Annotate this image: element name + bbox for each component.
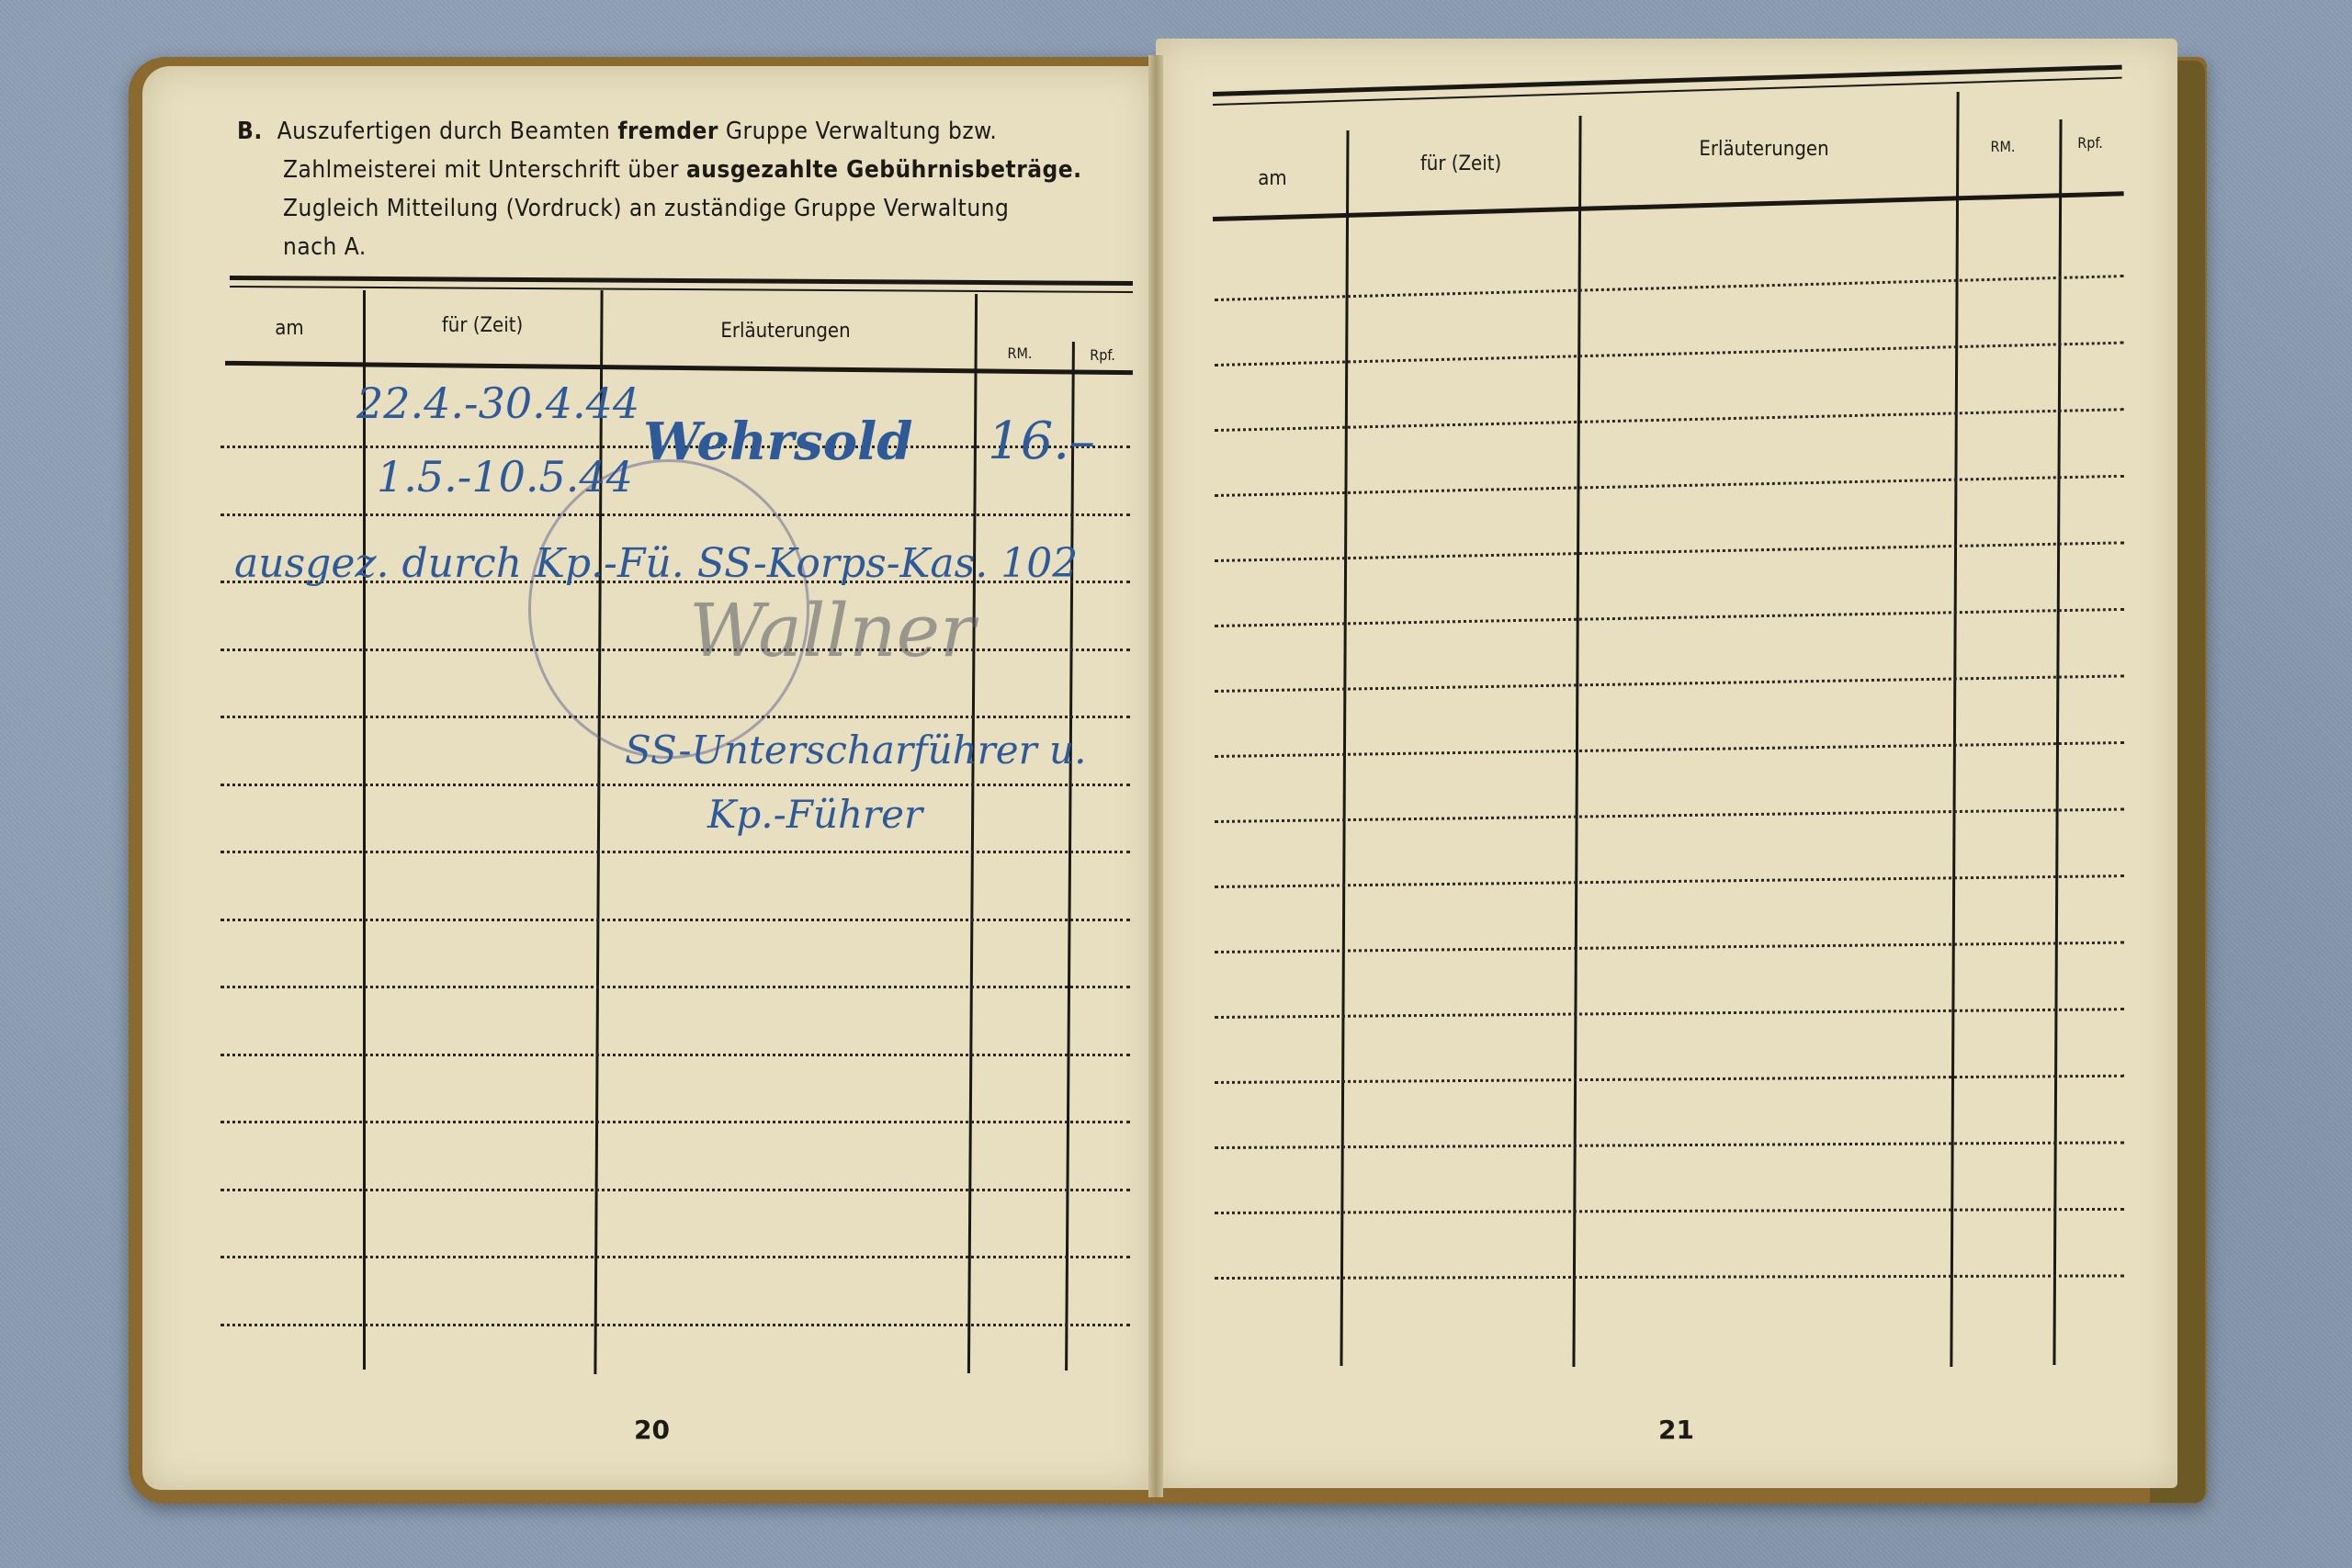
explanation-wehrsold: Wehrsold — [643, 412, 912, 472]
dotted-row-line — [220, 1054, 1130, 1056]
period-1: 22.4.-30.4.44 — [356, 378, 639, 428]
column-divider — [363, 290, 366, 1370]
period-2: 1.5.-10.5.44 — [377, 452, 633, 502]
page-number-right: 21 — [1658, 1415, 1694, 1445]
instruction-line-2: Zahlmeisterei mit Unterschrift über ausg… — [237, 151, 1137, 189]
dotted-row-line — [220, 1256, 1130, 1258]
title-line: Kp.-Führer — [707, 792, 922, 837]
instruction-bold-part: ausgezahlte Gebührnisbeträge. — [686, 156, 1082, 184]
column-header-erlaeuterungen: Erläuterungen — [1654, 138, 1874, 161]
column-header-erlaeuterungen: Erläuterungen — [680, 320, 891, 343]
signature: Wallner — [689, 588, 975, 673]
column-header-am: am — [1249, 167, 1295, 190]
dotted-row-line — [220, 784, 1130, 786]
instruction-line-1: B. Auszufertigen durch Beamten fremder G… — [237, 112, 1137, 151]
instruction-bold-part: fremder — [617, 118, 718, 145]
column-header-zeit: für (Zeit) — [404, 314, 560, 337]
instruction-text: B. Auszufertigen durch Beamten fremder G… — [237, 112, 1137, 266]
instruction-text-part: Auszufertigen durch Beamten — [277, 118, 618, 145]
dotted-row-line — [220, 851, 1130, 853]
amount-rm: 16.– — [988, 412, 1095, 471]
paid-by-line: ausgez. durch Kp.-Fü. SS-Korps-Kas. 102 — [234, 540, 1078, 587]
instruction-text-part: Zahlmeisterei mit Unterschrift über — [283, 156, 686, 184]
dotted-row-line — [220, 919, 1130, 921]
right-page — [1156, 39, 2177, 1488]
instruction-line-4: nach A. — [237, 228, 1137, 266]
rank-line: SS-Unterscharführer u. — [625, 728, 1086, 773]
book-gutter — [1148, 55, 1163, 1497]
column-header-zeit: für (Zeit) — [1383, 152, 1539, 175]
dotted-row-line — [220, 1121, 1130, 1123]
instruction-line-3: Zugleich Mitteilung (Vordruck) an zustän… — [237, 189, 1137, 228]
column-header-rpf: Rpf. — [1080, 346, 1125, 364]
section-letter: B. — [237, 118, 263, 145]
instruction-text-part: Gruppe Verwaltung bzw. — [718, 118, 997, 145]
dotted-row-line — [220, 1324, 1130, 1326]
dotted-row-line — [220, 1189, 1130, 1191]
column-header-rm: RM. — [1975, 138, 2030, 155]
dotted-row-line — [220, 986, 1130, 988]
column-header-am: am — [266, 317, 312, 340]
column-header-rpf: Rpf. — [2067, 134, 2113, 152]
page-number-left: 20 — [634, 1415, 670, 1445]
column-header-rm: RM. — [992, 344, 1047, 362]
